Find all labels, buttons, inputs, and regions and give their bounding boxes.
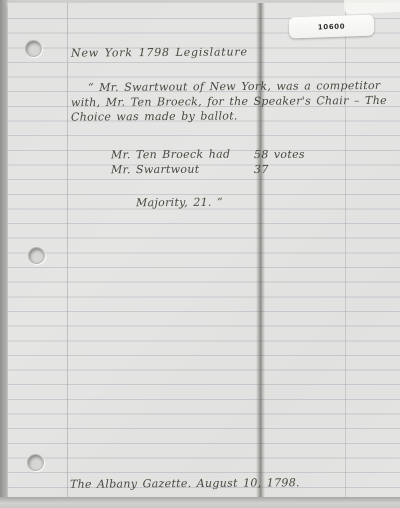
scanned-document: 10600 New York 1798 Legislature “ Mr. Sw… (0, 0, 400, 508)
punch-hole-top (25, 40, 42, 57)
right-crease (345, 3, 346, 497)
tally-name: Mr. Swartwout (111, 163, 200, 177)
page-title: New York 1798 Legislature (71, 45, 248, 59)
quote-line-3: Choice was made by ballot. (71, 109, 238, 123)
notebook-page: 10600 New York 1798 Legislature “ Mr. Sw… (8, 3, 400, 497)
quote-line-2: with, Mr. Ten Broeck, for the Speaker's … (71, 94, 387, 109)
margin-line (67, 3, 68, 497)
tally-votes: 58 votes (254, 148, 305, 161)
punch-hole-middle (28, 247, 45, 264)
tally-votes: 37 (254, 163, 269, 176)
sticker-number: 10600 (318, 22, 346, 31)
punch-hole-bottom (27, 454, 44, 471)
tally-name: Mr. Ten Broeck had (111, 148, 230, 162)
center-fold-crease (256, 3, 265, 497)
quote-line-1: “ Mr. Swartwout of New York, was a compe… (88, 79, 381, 94)
catalog-sticker: 10600 (289, 15, 375, 39)
scan-background (0, 497, 400, 508)
sticker-remnant (344, 0, 400, 15)
majority-note: Majority, 21. ” (136, 196, 223, 210)
source-citation: The Albany Gazette. August 10, 1798. (70, 476, 300, 491)
